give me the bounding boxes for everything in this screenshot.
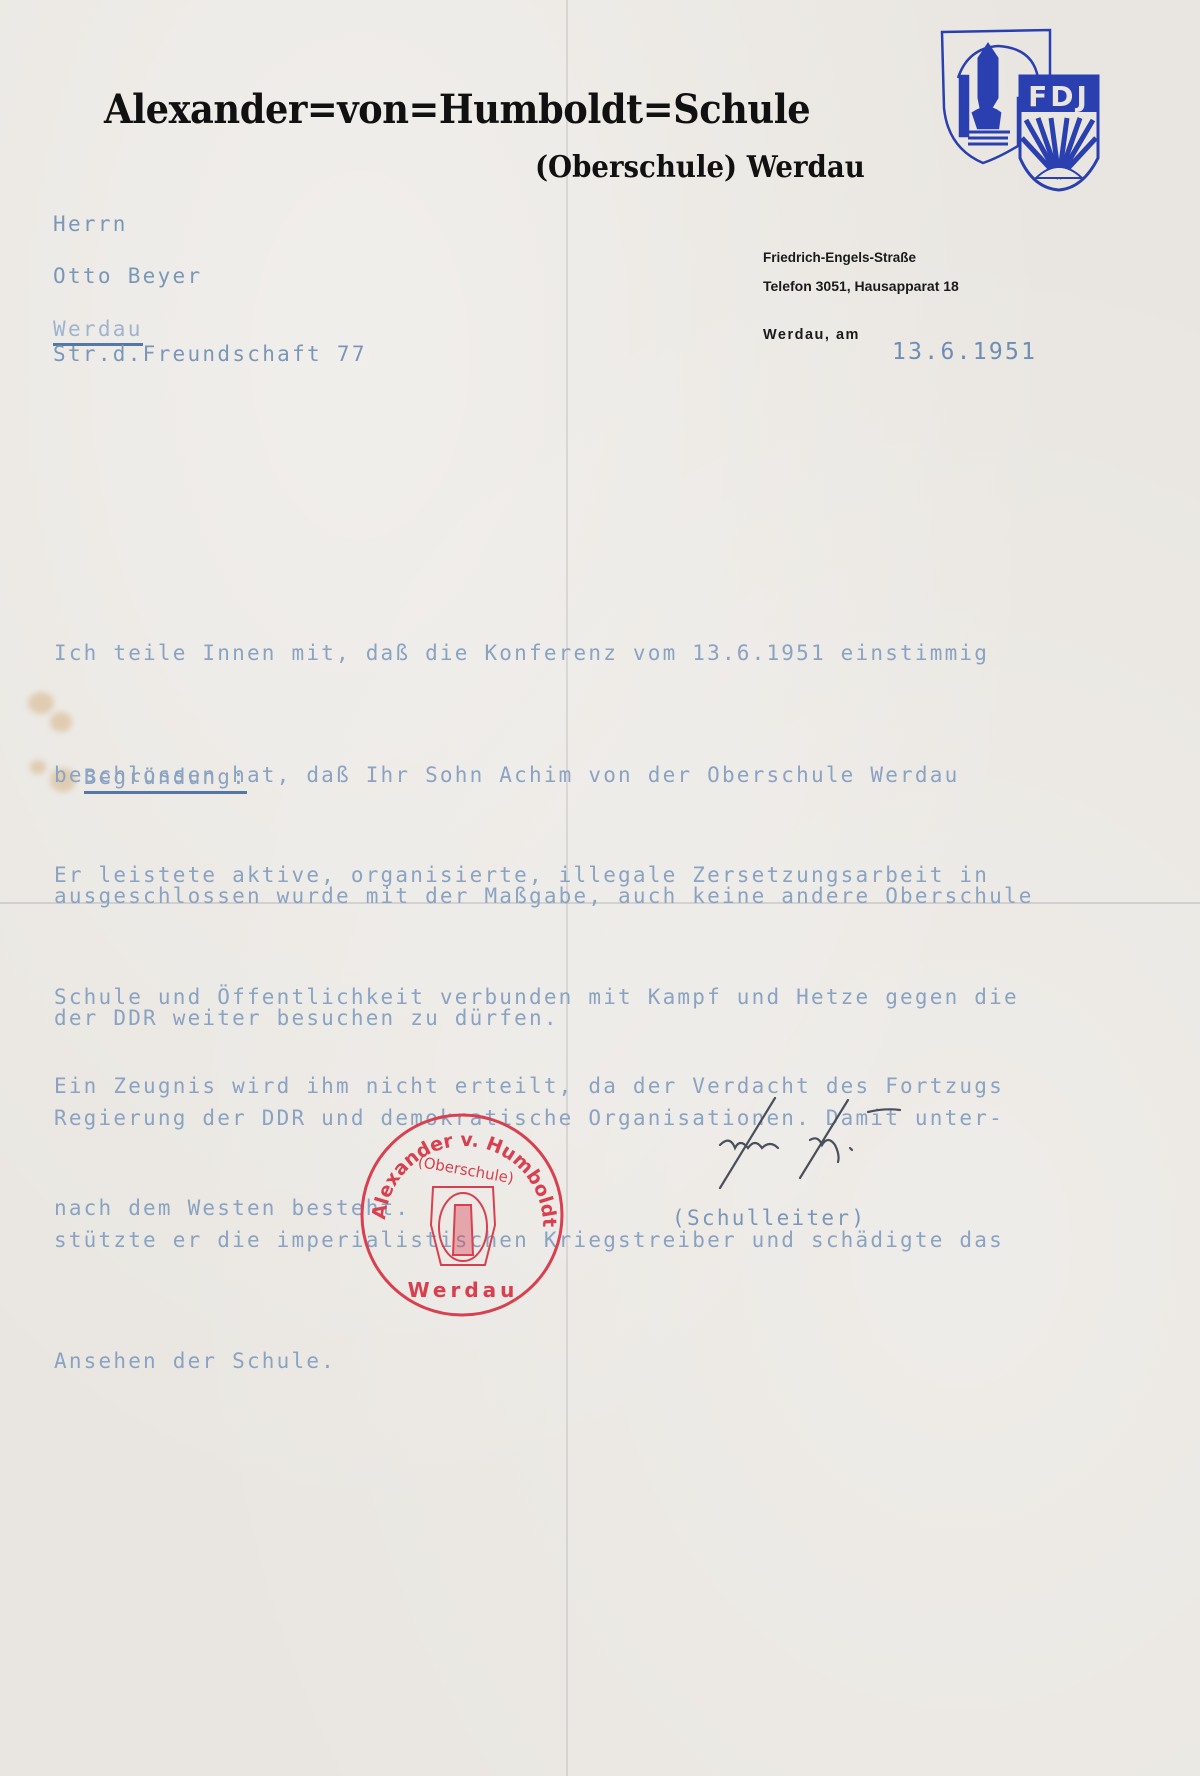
fdj-emblem-icon: FDJ (1020, 76, 1098, 190)
signatory-role: (Schulleiter) (672, 1206, 866, 1230)
place-label: Werdau, am (763, 327, 860, 343)
svg-text:FDJ: FDJ (1028, 80, 1090, 113)
school-stamp: Alexander v. Humboldt-Schule (Oberschule… (355, 1105, 570, 1320)
recipient-name: Otto Beyer (53, 264, 202, 288)
school-phone: Telefon 3051, Hausapparat 18 (763, 278, 959, 294)
school-street: Friedrich-Engels-Straße (763, 250, 916, 265)
recipient-street: Str.d.Freundschaft 77 (53, 342, 367, 366)
signature-handwritten (700, 1090, 930, 1190)
text-line: Er leistete aktive, organisierte, illega… (54, 855, 1019, 896)
stamp-crest-icon (431, 1187, 495, 1265)
text-line: Ich teile Innen mit, daß die Konferenz v… (54, 633, 1034, 674)
stain (30, 760, 46, 774)
letter-date: 13.6.1951 (892, 339, 1037, 365)
recipient-salutation: Herrn (53, 212, 128, 236)
stain (28, 692, 54, 714)
svg-text:Werdau: Werdau (408, 1278, 519, 1302)
school-name: Alexander=von=Humboldt=Schule (104, 86, 810, 133)
school-logos: FDJ (938, 28, 1108, 198)
text-line: Ansehen der Schule. (54, 1341, 1019, 1382)
school-type-city: (Oberschule) Werdau (535, 150, 865, 185)
